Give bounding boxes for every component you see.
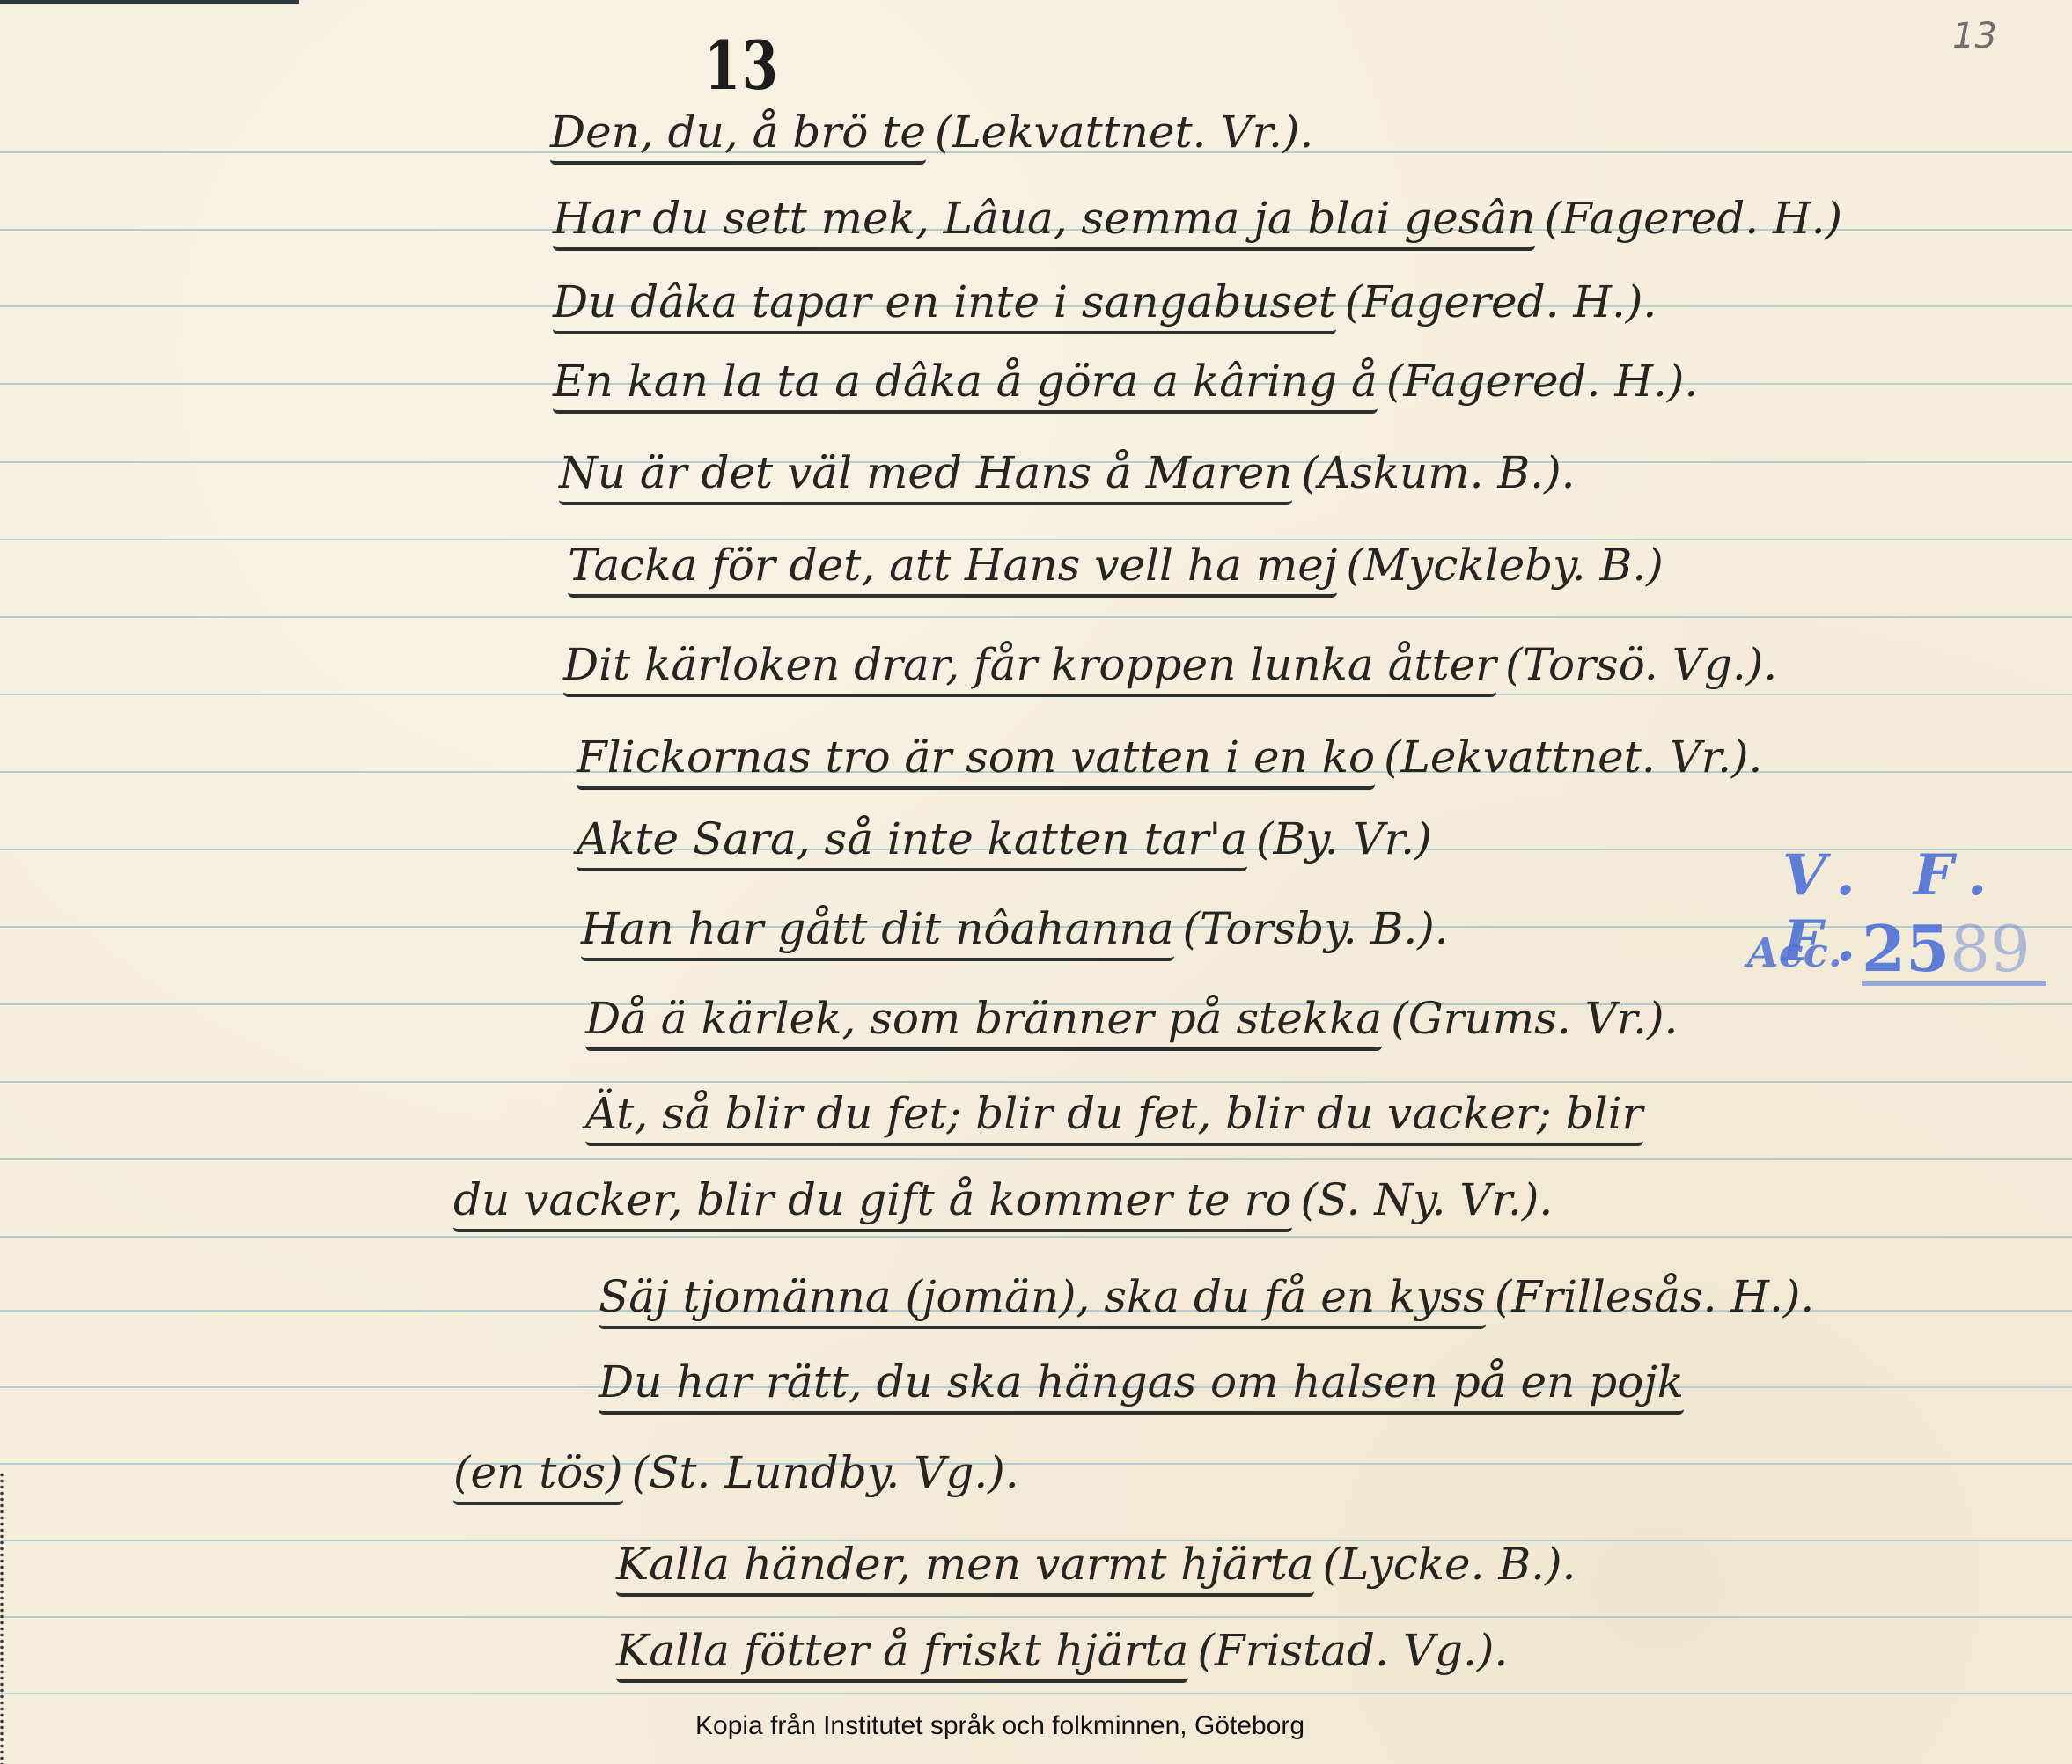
ruled-line — [0, 1463, 2072, 1465]
perforated-edge — [0, 1472, 4, 1764]
proverb-entry: (en tös)(St. Lundby. Vg.). — [453, 1451, 1019, 1505]
proverb-text: Akte Sara, så inte katten tar'a — [577, 817, 1247, 871]
source-location: (Fagered. H.). — [1345, 276, 1657, 327]
source-location: (Askum. B.). — [1301, 447, 1575, 498]
proverb-text: Nu är det väl med Hans å Maren — [559, 451, 1292, 505]
source-location: (Lekvattnet. Vr.). — [1384, 731, 1762, 783]
proverb-text: (en tös) — [453, 1451, 623, 1505]
proverb-text: Kalla fötter å friskt hjärta — [616, 1628, 1188, 1683]
proverb-text: du vacker, blir du gift å kommer te ro — [453, 1178, 1292, 1232]
source-location: (Lekvattnet. Vr.). — [935, 107, 1313, 158]
stamp-accession-prefix: Acc. — [1747, 929, 1842, 976]
ruled-line — [0, 1693, 2072, 1694]
ruled-line — [0, 1081, 2072, 1083]
proverb-entry: Du har rätt, du ska hängas om halsen på … — [599, 1360, 1693, 1415]
proverb-entry: Kalla händer, men varmt hjärta(Lycke. B.… — [616, 1542, 1576, 1597]
proverb-entry: Flickornas tro är som vatten i en ko(Lek… — [577, 735, 1762, 790]
archive-page: 13 13 Den, du, å brö te(Lekvattnet. Vr.)… — [0, 0, 2072, 1764]
source-location: (Fagered. H.) — [1544, 193, 1842, 244]
proverb-entry: Du dâka tapar en inte i sangabuset(Fager… — [553, 280, 1657, 334]
proverb-entry: Tacka för det, att Hans vell ha mej(Myck… — [568, 543, 1664, 598]
source-location: (Frillesås. H.). — [1495, 1271, 1814, 1322]
proverb-text: Då ä kärlek, som bränner på stekka — [585, 996, 1382, 1051]
proverb-entry: Akte Sara, så inte katten tar'a(By. Vr.) — [577, 817, 1432, 871]
proverb-entry: Dit kärloken drar, får kroppen lunka ått… — [563, 643, 1777, 697]
proverb-text: Dit kärloken drar, får kroppen lunka ått… — [563, 643, 1496, 697]
proverb-text: En kan la ta a dâka å göra a kâring å — [553, 359, 1378, 414]
copy-attribution-caption: Kopia från Institutet språk och folkminn… — [695, 1711, 1304, 1741]
scan-edge — [0, 0, 299, 4]
source-location: (Fristad. Vg.). — [1197, 1625, 1508, 1676]
source-location: (Lycke. B.). — [1323, 1539, 1576, 1590]
proverb-text: Du har rätt, du ska hängas om halsen på … — [599, 1360, 1684, 1415]
ruled-line — [0, 616, 2072, 618]
proverb-entry: Nu är det väl med Hans å Maren(Askum. B.… — [559, 451, 1575, 505]
source-location: (St. Lundby. Vg.). — [632, 1447, 1019, 1498]
proverb-entry: En kan la ta a dâka å göra a kâring å(Fa… — [553, 359, 1698, 414]
proverb-entry: du vacker, blir du gift å kommer te ro(S… — [453, 1178, 1553, 1232]
proverb-entry: Han har gått dit nôahanna(Torsby. B.). — [581, 907, 1449, 961]
source-location: (Torsö. Vg.). — [1505, 639, 1777, 690]
proverb-text: Du dâka tapar en inte i sangabuset — [553, 280, 1336, 334]
proverb-text: Kalla händer, men varmt hjärta — [616, 1542, 1314, 1597]
ruled-line — [0, 1616, 2072, 1618]
ruled-line — [0, 1236, 2072, 1238]
stamp-accession-number: 2589 — [1862, 911, 2031, 986]
proverb-entry: Då ä kärlek, som bränner på stekka(Grums… — [585, 996, 1678, 1051]
stamp-number-faint: 89 — [1950, 912, 2031, 986]
proverb-text: Ät, så blir du fet; blir du fet, blir du… — [585, 1091, 1643, 1146]
pencil-page-number: 13 — [1952, 16, 1997, 56]
proverb-text: Säj tjomänna (jomän), ska du få en kyss — [599, 1275, 1486, 1329]
source-location: (S. Ny. Vr.). — [1301, 1174, 1554, 1225]
stamp-number-strong: 25 — [1862, 911, 1950, 986]
proverb-text: Har du sett mek, Lâua, semma ja blai ges… — [553, 196, 1535, 251]
proverb-text: Han har gått dit nôahanna — [581, 907, 1174, 961]
stamp-underline — [1862, 981, 2046, 986]
source-location: (Torsby. B.). — [1183, 903, 1449, 954]
ruled-line — [0, 1158, 2072, 1160]
source-location: (Myckleby. B.) — [1346, 540, 1663, 591]
proverb-text: Tacka för det, att Hans vell ha mej — [568, 543, 1337, 598]
archive-accession-stamp: V. F. F. Acc. 2589 — [1738, 841, 2072, 990]
proverb-text: Flickornas tro är som vatten i en ko — [577, 735, 1375, 790]
proverb-entry: Säj tjomänna (jomän), ska du få en kyss(… — [599, 1275, 1814, 1329]
source-location: (Grums. Vr.). — [1391, 993, 1678, 1044]
printed-page-number: 13 — [704, 26, 780, 105]
source-location: (By. Vr.) — [1256, 813, 1432, 864]
source-location: (Fagered. H.). — [1386, 356, 1698, 407]
proverb-entry: Ät, så blir du fet; blir du fet, blir du… — [585, 1091, 1652, 1146]
proverb-text: Den, du, å brö te — [550, 110, 926, 165]
proverb-entry: Kalla fötter å friskt hjärta(Fristad. Vg… — [616, 1628, 1508, 1683]
proverb-entry: Har du sett mek, Lâua, semma ja blai ges… — [553, 196, 1842, 251]
proverb-entry: Den, du, å brö te(Lekvattnet. Vr.). — [550, 110, 1313, 165]
